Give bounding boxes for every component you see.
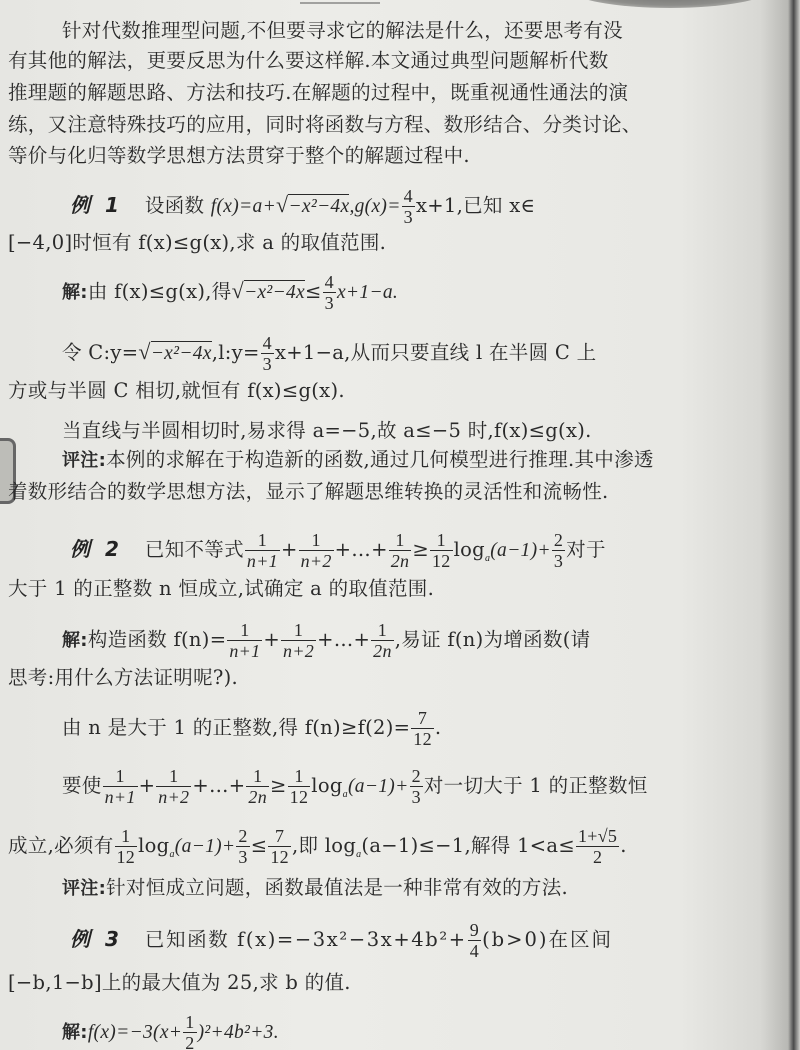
text: + <box>281 538 298 561</box>
math: ,g(x)= <box>349 196 400 217</box>
comment-label: 评注: <box>62 878 106 899</box>
fraction: 12n <box>389 530 412 571</box>
fraction: 43 <box>261 333 274 374</box>
text: 要使 <box>62 774 102 797</box>
example-1-problem-line2: [−4,0]时恒有 f(x)≤g(x),求 a 的取值范围. <box>8 230 386 256</box>
example-1-let-line2: 方或与半圆 C 相切,就恒有 f(x)≤g(x). <box>8 378 345 404</box>
math: (a−1)+ <box>490 540 551 561</box>
text: 本例的求解在于构造新的函数,通过几何模型进行推理.其中渗透 <box>106 448 654 471</box>
sqrt-sign: √ <box>138 339 150 364</box>
intro-line: 针对代数推理型问题,不但要寻求它的解法是什么，还要思考有没 <box>62 18 623 44</box>
text: x+1−a,从而只要直线 l 在半圆 C 上 <box>275 341 596 364</box>
scan-artifact-decoration <box>570 0 770 8</box>
numerator: 1 <box>246 766 269 787</box>
numerator: 1 <box>227 620 262 641</box>
solution-label: 解: <box>62 1022 88 1043</box>
text: 成立,必须有 <box>8 834 114 857</box>
example-1-solution-line1: 解:由 f(x)≤g(x),得√−x²−4x≤43x+1−a. <box>62 272 398 313</box>
denominator: 3 <box>261 354 274 374</box>
text: x+1,已知 x∈ <box>416 194 535 217</box>
math: )²+4b²+3. <box>198 1022 279 1043</box>
text: log <box>454 538 485 561</box>
math: f(x)=a+ <box>211 196 276 217</box>
text: ≥ <box>270 774 287 797</box>
text: ,l:y= <box>212 341 260 364</box>
text: 对一切大于 1 的正整数恒 <box>424 774 648 797</box>
example-label: 例 1 <box>70 193 123 217</box>
fraction: 112 <box>288 766 311 807</box>
text: 构造函数 f(n)= <box>88 628 227 651</box>
fraction: 712 <box>268 826 291 867</box>
denominator: n+2 <box>281 641 316 661</box>
fraction: 23 <box>552 530 565 571</box>
numerator: 2 <box>410 766 423 787</box>
example-label: 例 3 <box>70 927 123 951</box>
example-2-must-line: 成立,必须有112loga(a−1)+23≤712,即 loga(a−1)≤−1… <box>8 826 627 868</box>
text: ,即 log <box>292 834 356 857</box>
denominator: 3 <box>402 207 415 227</box>
numerator: 4 <box>402 186 415 207</box>
denominator: 2 <box>183 1033 196 1050</box>
example-2-need-line: 要使1n+1+1n+2+…+12n≥112loga(a−1)+23对一切大于 1… <box>62 766 648 808</box>
denominator: n+2 <box>299 551 334 571</box>
fraction: 94 <box>468 920 481 961</box>
numerator: 1 <box>389 530 412 551</box>
example-1-comment-line1: 评注:本例的求解在于构造新的函数,通过几何模型进行推理.其中渗透 <box>62 447 654 474</box>
denominator: n+1 <box>245 551 280 571</box>
solution-label: 解: <box>62 630 88 651</box>
denominator: 12 <box>115 847 138 867</box>
denominator: 3 <box>323 293 336 313</box>
text: 设函数 <box>145 194 204 217</box>
math: (a−1)+ <box>175 836 236 857</box>
text: ≤ <box>251 834 268 857</box>
numerator: 2 <box>236 826 249 847</box>
example-2-since-line: 由 n 是大于 1 的正整数,得 f(n)≥f(2)=712. <box>62 708 441 749</box>
denominator: n+1 <box>227 641 262 661</box>
numerator: 4 <box>323 272 336 293</box>
denominator: 3 <box>410 787 423 807</box>
numerator: 1 <box>103 766 138 787</box>
text: log <box>311 774 342 797</box>
intro-line: 等价与化归等数学思想方法贯穿于整个的解题过程中. <box>8 143 470 169</box>
numerator: 7 <box>268 826 291 847</box>
radicand: −x²−4x <box>244 280 305 303</box>
text: (b>0)在区间 <box>482 928 613 951</box>
intro-line: 练，又注意特殊技巧的应用，同时将函数与方程、数形结合、分类讨论、 <box>8 112 642 138</box>
fraction: 12n <box>246 766 269 807</box>
text: + <box>139 774 156 797</box>
denominator: 3 <box>236 847 249 867</box>
numerator: 1 <box>245 530 280 551</box>
fraction: 23 <box>410 766 423 807</box>
denominator: 12 <box>411 729 434 749</box>
example-2-solution-line2: 思考:用什么方法证明呢?). <box>8 665 238 691</box>
denominator: 12 <box>430 551 453 571</box>
radicand: −x²−4x <box>151 341 212 364</box>
radicand: −x²−4x <box>288 194 349 217</box>
fraction: 12 <box>183 1012 196 1050</box>
example-3-problem-line2: [−b,1−b]上的最大值为 25,求 b 的值. <box>8 970 351 996</box>
numerator: 1 <box>299 530 334 551</box>
fraction: 43 <box>402 186 415 227</box>
text: 由 n 是大于 1 的正整数,得 f(n)≥f(2)= <box>62 716 410 739</box>
fraction: 12n <box>371 620 394 661</box>
numerator: 9 <box>468 920 481 941</box>
fraction: 43 <box>323 272 336 313</box>
sqrt-sign: √ <box>232 278 244 303</box>
text: 由 f(x)≤g(x),得 <box>88 280 232 303</box>
fraction: 1n+1 <box>103 766 138 807</box>
text: . <box>435 716 442 739</box>
fraction: 1n+1 <box>227 620 262 661</box>
numerator: 1+√5 <box>576 826 619 847</box>
fraction: 1n+1 <box>245 530 280 571</box>
example-2-comment: 评注:针对恒成立问题，函数最值法是一种非常有效的方法. <box>62 875 568 902</box>
fraction: 1n+2 <box>156 766 191 807</box>
example-1-comment-line2: 着数形结合的数学思想方法，显示了解题思维转换的灵活性和流畅性. <box>8 479 609 505</box>
solution-label: 解: <box>62 282 88 303</box>
text: +…+ <box>192 774 245 797</box>
denominator: 12 <box>288 787 311 807</box>
text: 已知函数 f(x)=−3x²−3x+4b²+ <box>145 928 467 951</box>
text: 对于 <box>566 538 606 561</box>
comment-label: 评注: <box>62 450 106 471</box>
fraction: 23 <box>236 826 249 867</box>
numerator: 1 <box>430 530 453 551</box>
denominator: 2n <box>246 787 269 807</box>
denominator: 2n <box>389 551 412 571</box>
denominator: 2n <box>371 641 394 661</box>
text: + <box>263 628 280 651</box>
fraction: 112 <box>430 530 453 571</box>
numerator: 1 <box>115 826 138 847</box>
fraction: 1n+2 <box>299 530 334 571</box>
numerator: 1 <box>288 766 311 787</box>
denominator: n+1 <box>103 787 138 807</box>
example-3-problem-line1: 例 3已知函数 f(x)=−3x²−3x+4b²+94(b>0)在区间 <box>70 920 613 961</box>
text: . <box>620 834 627 857</box>
denominator: n+2 <box>156 787 191 807</box>
text: ,易证 f(n)为增函数(请 <box>395 628 591 651</box>
numerator: 7 <box>411 708 434 729</box>
fraction: 712 <box>411 708 434 749</box>
math: f(x)=−3(x+ <box>88 1022 182 1043</box>
fraction: 1+√52 <box>576 826 619 867</box>
numerator: 1 <box>371 620 394 641</box>
numerator: 1 <box>156 766 191 787</box>
text: ≤ <box>305 280 322 303</box>
example-2-problem-line1: 例 2已知不等式1n+1+1n+2+…+12n≥112loga(a−1)+23对… <box>70 530 606 572</box>
fraction: 112 <box>115 826 138 867</box>
numerator: 1 <box>281 620 316 641</box>
denominator: 3 <box>552 551 565 571</box>
textbook-page: 针对代数推理型问题,不但要寻求它的解法是什么，还要思考有没 有其他的解法，更要反… <box>0 0 800 1050</box>
math: x+1−a. <box>337 282 398 303</box>
numerator: 2 <box>552 530 565 551</box>
denominator: 2 <box>576 847 619 867</box>
example-1-let-line1: 令 C:y=√−x²−4x,l:y=43x+1−a,从而只要直线 l 在半圆 C… <box>62 333 596 374</box>
text: 已知不等式 <box>145 538 244 561</box>
text: 针对恒成立问题，函数最值法是一种非常有效的方法. <box>106 876 568 899</box>
text: +…+ <box>317 628 370 651</box>
intro-line: 有其他的解法，更要反思为什么要这样解.本文通过典型问题解析代数 <box>8 48 609 74</box>
text: 令 C:y= <box>62 341 138 364</box>
text: (a−1)≤−1,解得 1<a≤ <box>361 834 575 857</box>
example-1-problem-line1: 例 1设函数 f(x)=a+√−x²−4x,g(x)=43x+1,已知 x∈ <box>70 186 535 227</box>
example-label: 例 2 <box>70 537 123 561</box>
fraction: 1n+2 <box>281 620 316 661</box>
denominator: 12 <box>268 847 291 867</box>
example-2-solution-line1: 解:构造函数 f(n)=1n+1+1n+2+…+12n,易证 f(n)为增函数(… <box>62 620 590 661</box>
sqrt-sign: √ <box>276 192 288 217</box>
header-remnant <box>300 0 380 4</box>
text: log <box>138 834 169 857</box>
text: ≥ <box>412 538 429 561</box>
intro-line: 推理题的解题思路、方法和技巧.在解题的过程中，既重视通性通法的演 <box>8 80 628 106</box>
example-3-solution-line: 解:f(x)=−3(x+12)²+4b²+3. <box>62 1012 279 1050</box>
example-1-tangent-line: 当直线与半圆相切时,易求得 a=−5,故 a≤−5 时,f(x)≤g(x). <box>62 418 592 444</box>
text: +…+ <box>335 538 388 561</box>
example-2-problem-line2: 大于 1 的正整数 n 恒成立,试确定 a 的取值范围. <box>8 576 434 602</box>
numerator: 1 <box>183 1012 196 1033</box>
math: (a−1)+ <box>348 776 409 797</box>
numerator: 4 <box>261 333 274 354</box>
denominator: 4 <box>468 941 481 961</box>
